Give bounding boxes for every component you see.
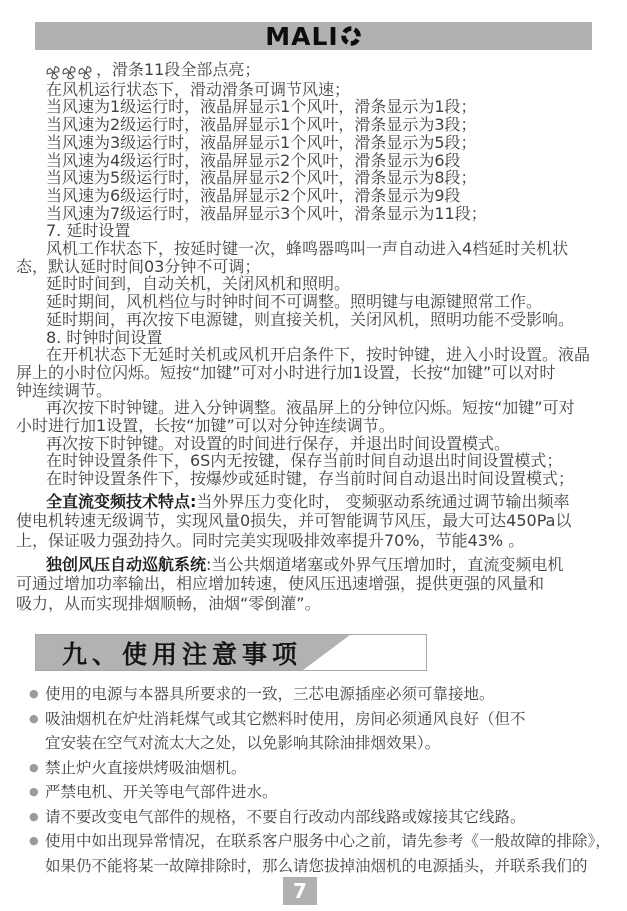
- bullet-icon: ●: [29, 756, 45, 781]
- body-line: 全直流变频技术特点:当外界压力变化时， 变频驱动系统通过调节输出频率: [16, 492, 616, 512]
- body-text: ，滑条11段全部点亮； 在风机运行状态下，滑动滑条可调节风速； 当风速为1级运行…: [16, 61, 616, 613]
- body-line: 当风速为4级运行时，液晶屏显示2个风叶，滑条显示为6段: [16, 152, 616, 170]
- body-line: 再次按下时钟键。进入分钟调整。液晶屏上的分钟位闪烁。短按“加键”可对: [16, 399, 616, 417]
- body-line: 延时期间，风机档位与时钟时间不可调整。照明键与电源键照常工作。: [16, 293, 616, 311]
- body-line: ，滑条11段全部点亮；: [16, 61, 616, 81]
- note-item: ● 严禁电机、开关等电气部件进水。: [29, 780, 621, 805]
- note-text: 使用中如出现异常情况，在联系客户服务中心之前，请先参考《一般故障的排除》， 如果…: [45, 829, 621, 878]
- section-header-box: 九、使用注意事项: [35, 634, 427, 671]
- fan-blade-icon: [62, 65, 77, 80]
- body-line: 在开机状态下无延时关机或风机开启条件下，按时钟键，进入小时设置。液晶: [16, 346, 616, 364]
- body-line: 当风速为3级运行时，液晶屏显示1个风叶，滑条显示为5段；: [16, 134, 616, 152]
- feature-heading: 独创风压自动巡航系统: [46, 555, 206, 574]
- note-text: 禁止炉火直接烘烤吸油烟机。: [45, 756, 621, 781]
- bullet-icon: ●: [29, 780, 45, 805]
- body-line: 当风速为2级运行时，液晶屏显示1个风叶，滑条显示为3段；: [16, 116, 616, 134]
- body-line: 延时期间，再次按下电源键，则直接关机，关闭风机，照明功能不受影响。: [16, 311, 616, 329]
- note-item: ● 使用的电源与本器具所要求的一致，三芯电源插座必须可靠接地。: [29, 682, 621, 707]
- body-line-text: ，滑条11段全部点亮；: [96, 60, 260, 79]
- bullet-icon: ●: [29, 707, 45, 756]
- body-line: 8. 时钟时间设置: [16, 329, 616, 347]
- body-line: 7. 延时设置: [16, 222, 616, 240]
- note-line: 禁止炉火直接烘烤吸油烟机。: [45, 756, 621, 781]
- note-line: 使用的电源与本器具所要求的一致，三芯电源插座必须可靠接地。: [45, 682, 621, 707]
- body-line: 延时时间到，自动关机，关闭风机和照明。: [16, 275, 616, 293]
- body-line: 在时钟设置条件下，按爆炒或延时键，存当前时间自动退出时间设置模式；: [16, 470, 616, 488]
- body-line: 在时钟设置条件下，6S内无按键，保存当前时间自动退出时间设置模式；: [16, 452, 616, 470]
- body-line: 当风速为6级运行时，液晶屏显示2个风叶，滑条显示为9段: [16, 187, 616, 205]
- note-text: 吸油烟机在炉灶消耗煤气或其它燃料时使用，房间必须通风良好（但不 宜安装在空气对流…: [45, 707, 621, 756]
- body-line: 当风速为7级运行时，液晶屏显示3个风叶，滑条显示为11段；: [16, 205, 616, 223]
- body-line: 独创风压自动巡航系统:当公共烟道堵塞或外界气压增加时，直流变频电机: [16, 555, 616, 575]
- body-line: 当风速为5级运行时，液晶屏显示2个风叶，滑条显示为8段；: [16, 169, 616, 187]
- body-line: 小时进行加1设置，长按“加键”可以对分钟连续调节。: [16, 417, 616, 435]
- note-item: ● 吸油烟机在炉灶消耗煤气或其它燃料时使用，房间必须通风良好（但不 宜安装在空气…: [29, 707, 621, 756]
- brand-o-icon: [340, 25, 362, 47]
- bullet-icon: ●: [29, 805, 45, 830]
- note-text: 严禁电机、开关等电气部件进水。: [45, 780, 621, 805]
- note-text: 使用的电源与本器具所要求的一致，三芯电源插座必须可靠接地。: [45, 682, 621, 707]
- body-line-text: :当公共烟道堵塞或外界气压增加时，直流变频电机: [206, 555, 563, 574]
- bullet-icon: ●: [29, 682, 45, 707]
- feature-heading: 全直流变频技术特点:: [46, 492, 196, 511]
- note-line: 吸油烟机在炉灶消耗煤气或其它燃料时使用，房间必须通风良好（但不: [45, 707, 621, 732]
- body-line: 吸力，从而实现排烟顺畅，油烟“零倒灌”。: [16, 594, 616, 614]
- manual-page: MALI ，滑条11段全部点亮； 在风机运行状态下，滑动滑条可调节风速； 当风速…: [0, 0, 627, 911]
- section-title: 九、使用注意事项: [62, 635, 302, 671]
- body-line: 在风机运行状态下，滑动滑条可调节风速；: [16, 81, 616, 99]
- note-item: ● 禁止炉火直接烘烤吸油烟机。: [29, 756, 621, 781]
- note-item: ● 请不要改变电气部件的规格，不要自行改动内部线路或嫁接其它线路。: [29, 805, 621, 830]
- brand-logo: MALI: [265, 24, 361, 49]
- page-number-badge: 7: [283, 877, 317, 905]
- body-line: 风机工作状态下，按延时键一次，蜂鸣器鸣叫一声自动进入4档延时关机状: [16, 240, 616, 258]
- body-line: 态，默认延时时间03分钟不可调；: [16, 258, 616, 276]
- bullet-icon: ●: [29, 829, 45, 878]
- note-line: 严禁电机、开关等电气部件进水。: [45, 780, 621, 805]
- fan-blade-icon: [78, 65, 93, 80]
- body-line: 上，保证吸力强劲持久。同时完美实现吸排效率提升70%，节能43% 。: [16, 531, 616, 551]
- note-line: 使用中如出现异常情况，在联系客户服务中心之前，请先参考《一般故障的排除》，: [45, 829, 621, 854]
- body-line: 再次按下时钟键。对设置的时间进行保存，并退出时间设置模式。: [16, 435, 616, 453]
- body-line: 屏上的小时位闪烁。短按“加键”可对小时进行加1设置，长按“加键”可以对时: [16, 364, 616, 382]
- body-line: 当风速为1级运行时，液晶屏显示1个风叶，滑条显示为1段；: [16, 98, 616, 116]
- body-line: 使电机转速无级调节，实现风量0损失，并可智能调节风压，最大可达450Pa以: [16, 511, 616, 531]
- fan-blade-icon: [46, 65, 61, 80]
- body-line: 可通过增加功率输出，相应增加转速，使风压迅速增强，提供更强的风量和: [16, 574, 616, 594]
- note-item: ● 使用中如出现异常情况，在联系客户服务中心之前，请先参考《一般故障的排除》， …: [29, 829, 621, 878]
- note-text: 请不要改变电气部件的规格，不要自行改动内部线路或嫁接其它线路。: [45, 805, 621, 830]
- note-line: 如果仍不能将某一故障排除时，那么请您拔掉油烟机的电源插头，并联系我们的: [45, 854, 621, 879]
- note-line: 宜安装在空气对流太大之处，以免影响其除油排烟效果）。: [45, 731, 621, 756]
- fan-icons-group: [46, 63, 94, 81]
- note-line: 请不要改变电气部件的规格，不要自行改动内部线路或嫁接其它线路。: [45, 805, 621, 830]
- notes-list: ● 使用的电源与本器具所要求的一致，三芯电源插座必须可靠接地。 ● 吸油烟机在炉…: [29, 682, 621, 878]
- brand-text: MALI: [265, 24, 338, 49]
- brand-header-bar: MALI: [35, 22, 592, 50]
- page-number: 7: [293, 879, 307, 903]
- body-line-text: 当外界压力变化时， 变频驱动系统通过调节输出频率: [196, 492, 569, 511]
- body-line: 钟连续调节。: [16, 382, 616, 400]
